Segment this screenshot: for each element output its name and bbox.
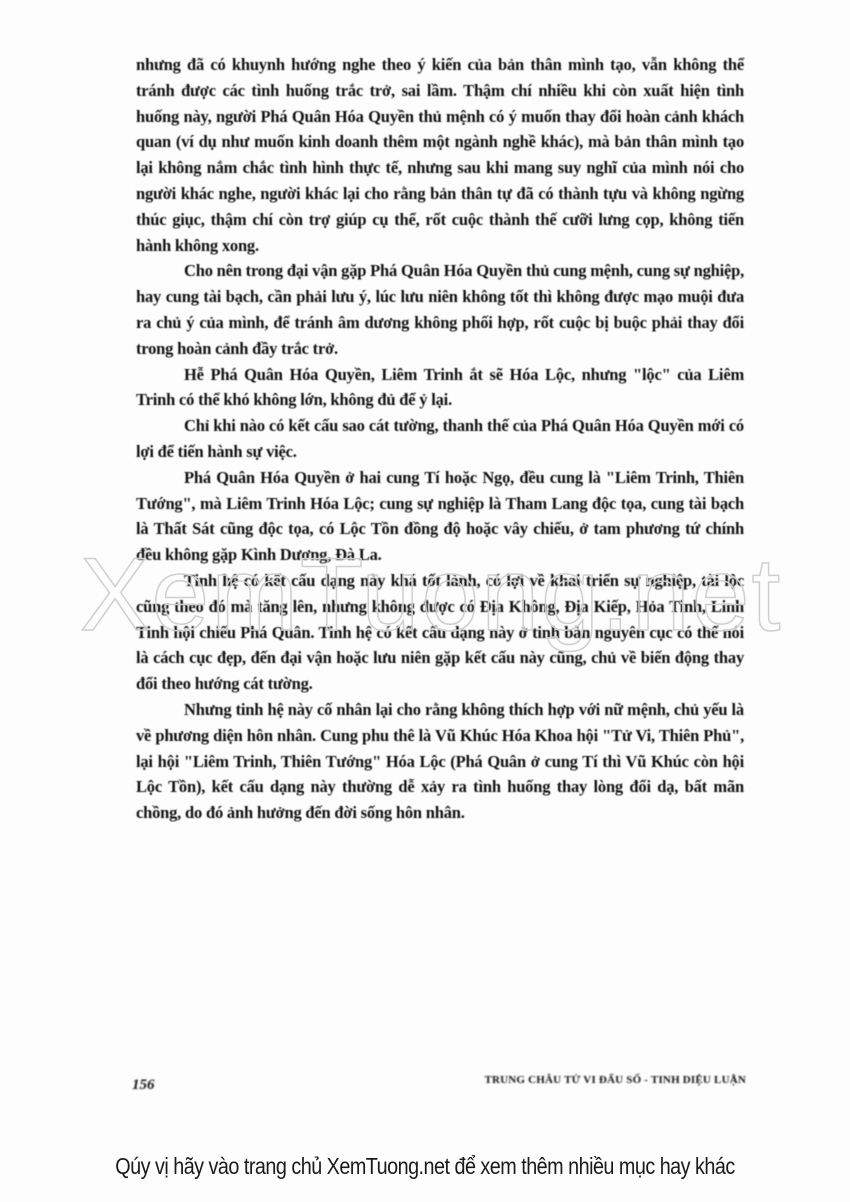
scanned-book-page: nhưng đã có khuynh hướng nghe theo ý kiế… [0, 0, 850, 1202]
paragraph-6: Tinh hệ có kết cấu dạng này khá tốt lành… [136, 568, 744, 697]
running-footer: Trung Châu Tử Vi Đẩu Số - Tinh Diệu Luận [410, 1074, 746, 1086]
body-text: nhưng đã có khuynh hướng nghe theo ý kiế… [136, 52, 744, 826]
paragraph-3: Hễ Phá Quân Hóa Quyền, Liêm Trinh ắt sẽ … [136, 362, 744, 414]
paragraph-5: Phá Quân Hóa Quyền ở hai cung Tí hoặc Ng… [136, 465, 744, 568]
paragraph-1: nhưng đã có khuynh hướng nghe theo ý kiế… [136, 52, 744, 258]
page-number: 156 [132, 1077, 155, 1094]
paragraph-4: Chỉ khi nào có kết cấu sao cát tường, th… [136, 413, 744, 465]
paragraph-2: Cho nên trong đại vận gặp Phá Quân Hóa Q… [136, 258, 744, 361]
paragraph-7: Nhưng tinh hệ này cố nhân lại cho rằng k… [136, 697, 744, 826]
site-caption: Qúy vị hãy vào trang chủ XemTuong.net để… [60, 1153, 791, 1180]
